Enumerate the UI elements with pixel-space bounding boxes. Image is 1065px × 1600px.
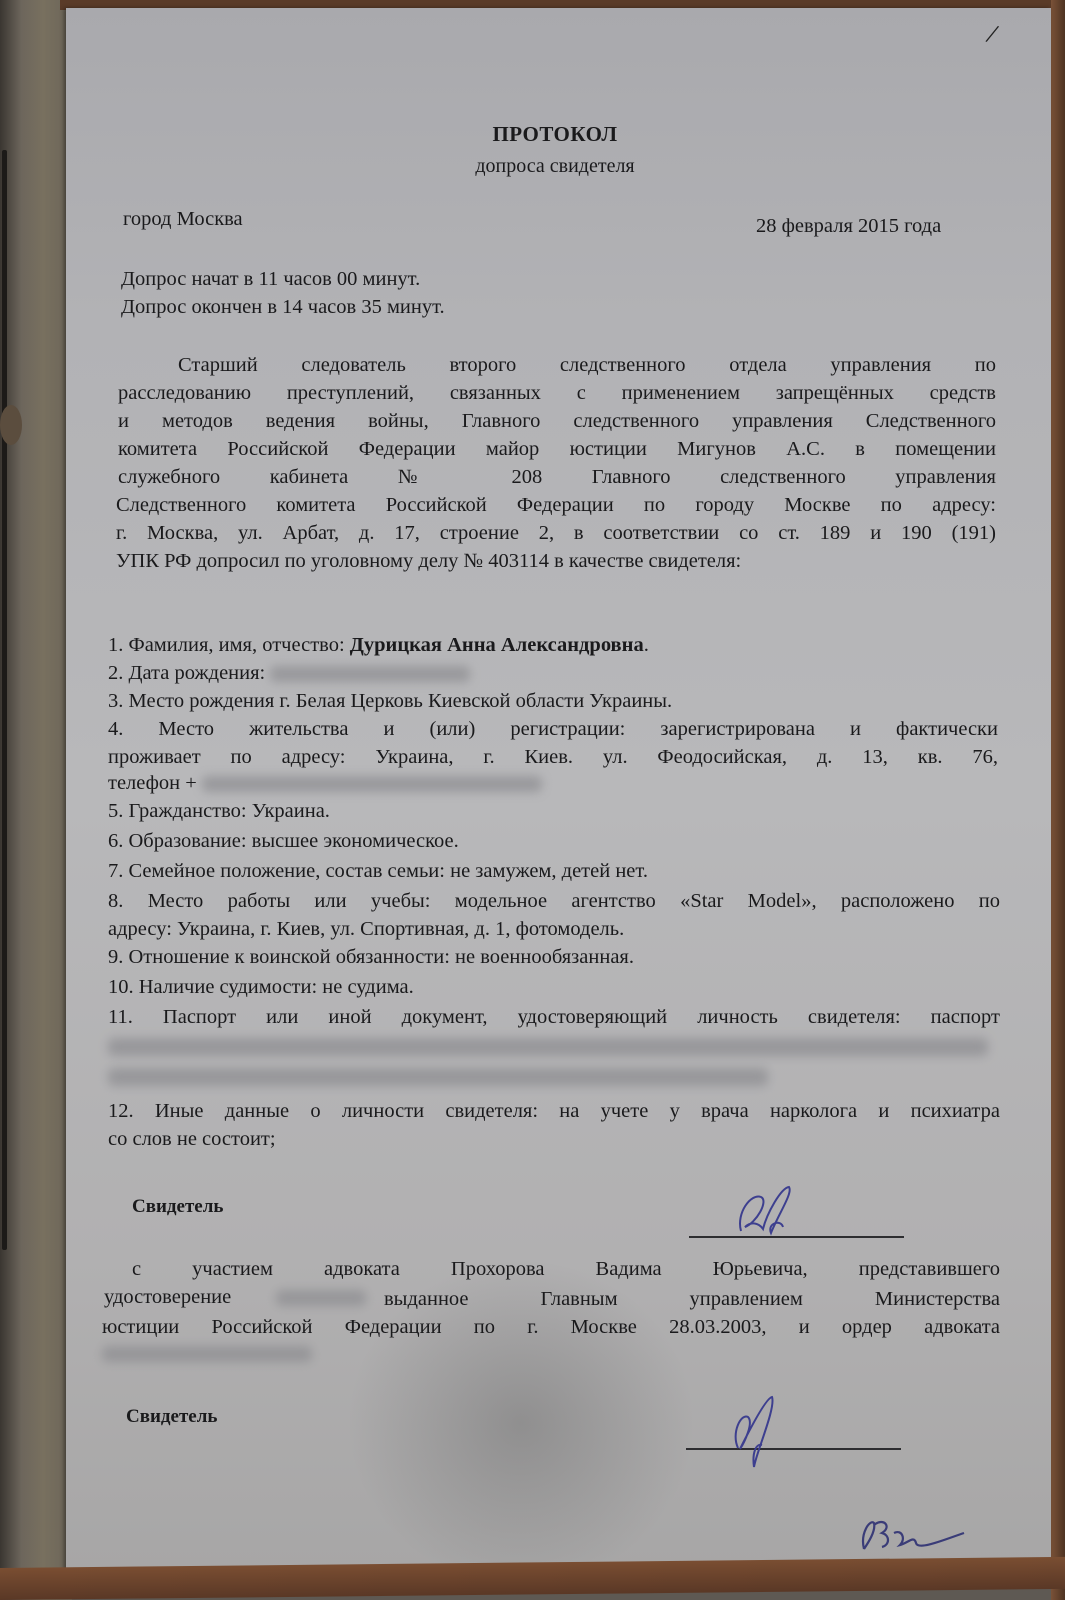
interrogation-end-time: Допрос окончен в 14 часов 35 минут.	[121, 294, 445, 320]
page-number-mark: /	[984, 21, 1000, 48]
field-end: .	[644, 634, 649, 656]
field-citizenship: 5. Гражданство: Украина.	[108, 798, 330, 824]
intro-line: комитета Российской Федерации майор юсти…	[118, 436, 996, 462]
field-birth-date: 2. Дата рождения:	[108, 660, 470, 686]
lawyer-cert-label: удостоверение	[104, 1284, 231, 1310]
field-birth-place: 3. Место рождения г. Белая Церковь Киевс…	[108, 688, 672, 714]
redacted-line	[108, 1068, 768, 1086]
document-subtitle: допроса свидетеля	[0, 153, 1065, 179]
redacted-phone	[202, 776, 542, 792]
intro-line: расследованию преступлений, связанных с …	[118, 380, 996, 406]
lawyer-line: с участием адвоката Прохорова Вадима Юрь…	[132, 1256, 1000, 1282]
field-label: телефон +	[108, 772, 197, 794]
witness-signature-1	[731, 1183, 821, 1243]
document-title: ПРОТОКОЛ	[0, 121, 1065, 147]
witness-name: Дурицкая Анна Александровна	[350, 634, 644, 656]
city: город Москва	[123, 206, 243, 232]
intro-line: Старший следователь второго следственног…	[178, 352, 996, 378]
witness-signature-label: Свидетель	[132, 1194, 223, 1220]
investigator-signature	[856, 1513, 1006, 1563]
intro-line: и методов ведения войны, Главного следст…	[118, 408, 996, 434]
redacted-birth-date	[270, 666, 470, 682]
intro-line: служебного кабинета № 208 Главного следс…	[118, 464, 996, 490]
lawyer-line: юстиции Российской Федерации по г. Москв…	[102, 1314, 1000, 1340]
interrogation-start-time: Допрос начат в 11 часов 00 минут.	[121, 266, 420, 292]
redacted-order-number	[102, 1346, 312, 1362]
redacted-line	[108, 1038, 988, 1056]
field-passport-line1: 11. Паспорт или иной документ, удостовер…	[108, 1004, 1000, 1030]
field-phone: телефон +	[108, 770, 542, 796]
redacted-passport-details	[108, 1038, 988, 1086]
binder-knot	[0, 405, 22, 445]
field-workplace-line2: адресу: Украина, г. Киев, ул. Спортивная…	[108, 916, 624, 942]
document-date: 28 февраля 2015 года	[756, 213, 941, 239]
field-workplace-line1: 8. Место работы или учебы: модельное аге…	[108, 888, 1000, 914]
witness-signature-label-2: Свидетель	[126, 1404, 217, 1430]
field-other-info-line1: 12. Иные данные о личности свидетеля: на…	[108, 1098, 1000, 1124]
folder-binder-edge	[0, 0, 72, 1600]
witness-signature-2	[726, 1393, 796, 1473]
redacted-cert-number	[276, 1290, 366, 1306]
desk-edge-right	[1051, 0, 1065, 1600]
field-criminal-record: 10. Наличие судимости: не судима.	[108, 974, 414, 1000]
field-education: 6. Образование: высшее экономическое.	[108, 828, 459, 854]
intro-line: УПК РФ допросил по уголовному делу № 403…	[116, 548, 741, 574]
field-label: 1. Фамилия, имя, отчество:	[108, 634, 350, 656]
lawyer-line: выданное Главным управлением Министерств…	[384, 1286, 1000, 1312]
field-label: 2. Дата рождения:	[108, 662, 265, 684]
document-page: / ПРОТОКОЛ допроса свидетеля город Москв…	[66, 8, 1051, 1573]
field-military-status: 9. Отношение к воинской обязанности: не …	[108, 944, 634, 970]
intro-line: Следственного комитета Российской Федера…	[116, 492, 996, 518]
field-other-info-line2: со слов не состоит;	[108, 1126, 276, 1152]
field-residence-line1: 4. Место жительства и (или) регистрации:…	[108, 716, 998, 742]
binder-string	[2, 150, 7, 1250]
field-residence-line2: проживает по адресу: Украина, г. Киев. у…	[108, 744, 998, 770]
intro-line: г. Москва, ул. Арбат, д. 17, строение 2,…	[116, 520, 996, 546]
field-marital-status: 7. Семейное положение, состав семьи: не …	[108, 858, 648, 884]
field-full-name: 1. Фамилия, имя, отчество: Дурицкая Анна…	[108, 632, 649, 658]
